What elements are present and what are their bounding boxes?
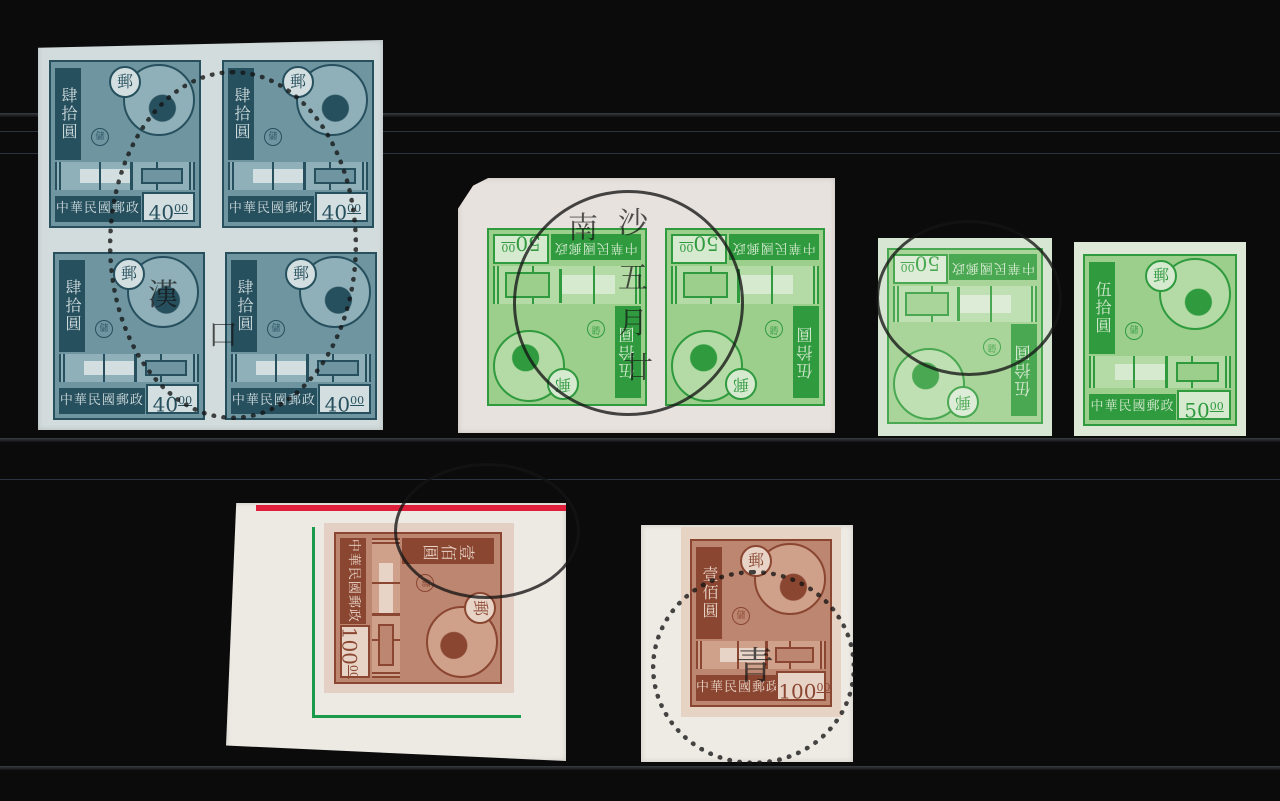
country-inscription: 中華民國郵政: [340, 538, 366, 624]
value-panel: 伍拾圓: [793, 306, 819, 398]
door: [378, 624, 394, 666]
country-inscription: 中華民國郵政: [696, 675, 776, 701]
stamp-frame: 伍拾圓 郵 儲 中華民國郵政 5000: [665, 228, 825, 406]
postal-char-circle: 郵: [113, 258, 145, 290]
postal-char-circle: 郵: [464, 592, 496, 624]
denomination: 4000: [318, 384, 371, 414]
denomination: 4000: [146, 384, 199, 414]
country-inscription: 中華民國郵政: [1089, 394, 1176, 420]
savings-char-circle: 儲: [1125, 322, 1143, 340]
value-panel: 壹佰圓: [696, 547, 722, 639]
country-inscription: 中華民國郵政: [55, 196, 141, 222]
value-panel: 肆拾圓: [59, 260, 85, 352]
postal-char-circle: 郵: [109, 66, 141, 98]
savings-char-circle: 儲: [587, 320, 605, 338]
stamp-frame: 肆拾圓 郵 儲 中華民國郵政 4000: [53, 252, 205, 420]
door: [905, 292, 949, 316]
denomination-main: 40: [325, 393, 350, 417]
post-office-scene: [893, 286, 1037, 322]
denomination-cents: 00: [174, 202, 188, 215]
savings-char-circle: 儲: [267, 320, 285, 338]
savings-char-circle: 儲: [264, 128, 282, 146]
denomination-main: 50: [915, 251, 940, 275]
post-office-scene: [231, 354, 371, 382]
post-office-scene: [696, 641, 826, 669]
postal-char-circle: 郵: [547, 368, 579, 400]
savings-char-circle: 儲: [95, 320, 113, 338]
stamp-frame: 肆拾圓 郵 儲 中華民國郵政 4000: [222, 60, 374, 228]
denomination: 4000: [142, 192, 195, 222]
denomination-cents: 00: [501, 241, 515, 254]
post-office-scene: [372, 538, 400, 678]
stamp-frame: 伍拾圓 郵 儲 中華民國郵政 5000: [1083, 254, 1237, 426]
denomination-cents: 00: [1210, 400, 1224, 413]
country-inscription: 中華民國郵政: [729, 234, 819, 260]
stamp-40-top-left[interactable]: 肆拾圓 郵 儲 中華民國郵政 4000: [40, 48, 210, 238]
stamp-frame: 伍拾圓 郵 儲 中華民國郵政 5000: [487, 228, 647, 406]
postal-char-circle: 郵: [1145, 260, 1177, 292]
denomination-main: 40: [153, 393, 178, 417]
stamp-pair-50-green-on-piece[interactable]: 伍拾圓 郵 儲 中華民國郵政 5000 伍拾圓 郵 儲 中華民國郵政 5000 …: [458, 178, 835, 433]
denomination-main: 40: [322, 201, 347, 225]
value-panel: 伍拾圓: [615, 306, 641, 398]
country-inscription: 中華民國郵政: [949, 254, 1037, 280]
value-panel: 肆拾圓: [55, 68, 81, 160]
stamp-block-40-blue[interactable]: 肆拾圓 郵 儲 中華民國郵政 4000 肆拾圓 郵 儲 中華民國郵政 4000 …: [38, 40, 423, 434]
denomination-main: 50: [693, 231, 718, 255]
post-office-scene: [228, 162, 368, 190]
door: [317, 360, 359, 376]
stamp-50-green-upright[interactable]: 伍拾圓 郵 儲 中華民國郵政 5000: [1074, 242, 1246, 436]
stamp-frame: 肆拾圓 郵 儲 中華民國郵政 4000: [49, 60, 201, 228]
stamp-frame: 肆拾圓 郵 儲 中華民國郵政 4000: [225, 252, 377, 420]
stamp-40-bottom-left[interactable]: 肆拾圓 郵 儲 中華民國郵政 4000: [44, 240, 214, 430]
stamp-50-green-used-inverted[interactable]: 伍拾圓 郵 儲 中華民國郵政 5000: [878, 238, 1052, 436]
country-inscription: 中華民國郵政: [59, 388, 145, 414]
denomination-main: 100: [778, 680, 816, 704]
value-panel: 伍拾圓: [1011, 324, 1037, 416]
denomination-cents: 00: [350, 394, 364, 407]
postal-char-circle: 郵: [725, 368, 757, 400]
value-panel: 壹佰圓: [402, 538, 494, 564]
stamp-frame: 伍拾圓 郵 儲 中華民國郵政 5000: [887, 248, 1043, 424]
value-panel: 肆拾圓: [231, 260, 257, 352]
denomination-main: 50: [515, 231, 540, 255]
denomination: 4000: [315, 192, 368, 222]
value-panel: 伍拾圓: [1089, 262, 1115, 354]
post-office-scene: [55, 162, 195, 190]
stamp-50-pair-right[interactable]: 伍拾圓 郵 儲 中華民國郵政 5000: [656, 218, 834, 418]
denomination: 5000: [1177, 390, 1231, 420]
denomination: 10000: [340, 625, 370, 678]
post-office-scene: [1089, 356, 1231, 388]
stockbook-strip-line: [0, 479, 1280, 480]
post-office-scene: [493, 266, 641, 304]
stockbook-strip-edge: [0, 766, 1280, 770]
stamp-100-brown-on-piece-sideways[interactable]: 壹佰圓 郵 儲 中華民國郵政 10000: [226, 503, 566, 761]
denomination-main: 100: [337, 627, 361, 665]
denomination: 5000: [893, 254, 948, 284]
value-panel: 肆拾圓: [228, 68, 254, 160]
country-inscription: 中華民國郵政: [231, 388, 317, 414]
door: [314, 168, 356, 184]
post-office-scene: [59, 354, 199, 382]
postal-char-circle: 郵: [740, 545, 772, 577]
door: [141, 168, 183, 184]
stamp-100-upright[interactable]: 壹佰圓 郵 儲 中華民國郵政 10000: [681, 527, 841, 717]
postal-char-circle: 郵: [285, 258, 317, 290]
country-inscription: 中華民國郵政: [551, 234, 641, 260]
denomination: 5000: [671, 234, 727, 264]
stamp-100-sideways[interactable]: 壹佰圓 郵 儲 中華民國郵政 10000: [324, 523, 514, 693]
denomination-main: 50: [1184, 399, 1209, 423]
denomination-cents: 00: [347, 665, 360, 679]
door: [145, 360, 187, 376]
savings-char-circle: 儲: [416, 574, 434, 592]
door: [775, 647, 814, 663]
savings-char-circle: 儲: [765, 320, 783, 338]
denomination-cents: 00: [901, 261, 915, 274]
post-office-scene: [671, 266, 819, 304]
stamp-40-top-right[interactable]: 肆拾圓 郵 儲 中華民國郵政 4000: [213, 48, 383, 238]
door: [1176, 362, 1219, 382]
stamp-50-pair-left[interactable]: 伍拾圓 郵 儲 中華民國郵政 5000: [478, 218, 656, 418]
door: [505, 272, 550, 298]
denomination: 10000: [776, 671, 826, 701]
denomination-cents: 00: [679, 241, 693, 254]
country-inscription: 中華民國郵政: [228, 196, 314, 222]
postal-char-circle: 郵: [947, 386, 979, 418]
stamp-40-bottom-right[interactable]: 肆拾圓 郵 儲 中華民國郵政 4000: [216, 240, 386, 430]
selvage-red-line: [256, 505, 566, 511]
savings-char-circle: 儲: [983, 338, 1001, 356]
denomination-main: 40: [149, 201, 174, 225]
door: [683, 272, 728, 298]
postal-char-circle: 郵: [282, 66, 314, 98]
savings-char-circle: 儲: [732, 607, 750, 625]
denomination-cents: 00: [347, 202, 361, 215]
denomination-cents: 00: [178, 394, 192, 407]
stockbook-strip-edge: [0, 438, 1280, 442]
stamp-100-brown-on-piece[interactable]: 壹佰圓 郵 儲 中華民國郵政 10000 青: [641, 525, 853, 762]
stamp-frame: 壹佰圓 郵 儲 中華民國郵政 10000: [690, 539, 832, 707]
denomination-cents: 00: [817, 681, 831, 694]
denomination: 5000: [493, 234, 549, 264]
savings-char-circle: 儲: [91, 128, 109, 146]
stamp-frame: 壹佰圓 郵 儲 中華民國郵政 10000: [334, 532, 502, 684]
